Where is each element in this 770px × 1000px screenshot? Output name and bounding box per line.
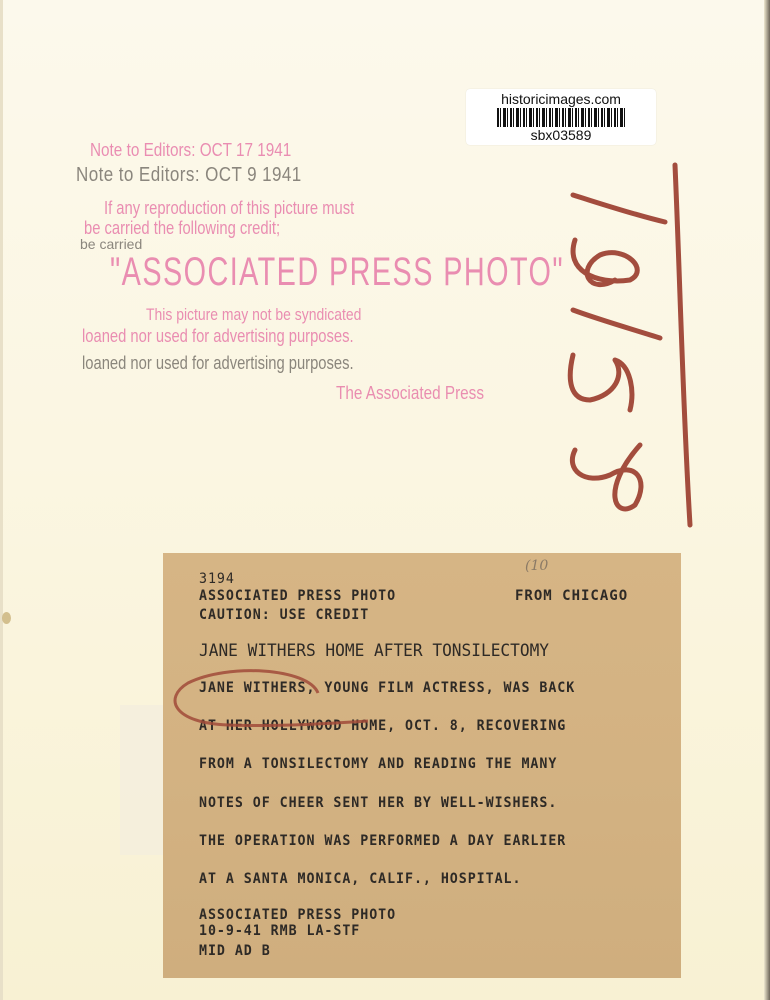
caption-body-line: THE OPERATION WAS PERFORMED A DAY EARLIE… xyxy=(199,833,566,849)
stamp-note-gray: Note to Editors: OCT 9 1941 xyxy=(76,164,302,187)
crayon-circle-mark xyxy=(168,663,378,733)
barcode-icon xyxy=(497,108,625,127)
stamp-credit-line1: If any reproduction of this picture must xyxy=(104,198,354,219)
stamp-restriction2: loaned nor used for advertising purposes… xyxy=(82,326,354,347)
stamp-restriction2-gray: loaned nor used for advertising purposes… xyxy=(82,353,354,374)
paper-edge-right xyxy=(764,0,770,1000)
caption-body-line: NOTES OF CHEER SENT HER BY WELL-WISHERS. xyxy=(199,795,557,811)
caption-footer-date: 10-9-41 RMB LA-STF xyxy=(199,923,360,939)
paste-residue xyxy=(120,705,165,855)
stamp-signature: The Associated Press xyxy=(336,383,484,404)
pencil-note: (10 xyxy=(525,558,548,574)
caption-body-line: AT A SANTA MONICA, CALIF., HOSPITAL. xyxy=(199,871,521,887)
caption-footer-edition: MID AD B xyxy=(199,943,271,959)
caption-headline: JANE WITHERS HOME AFTER TONSILECTOMY xyxy=(199,641,549,661)
caption-footer-source: ASSOCIATED PRESS PHOTO xyxy=(199,907,396,923)
crayon-number-25181 xyxy=(555,160,715,540)
stamp-restriction1: This picture may not be syndicated xyxy=(146,305,361,325)
stain-mark xyxy=(2,612,11,624)
caption-origin: FROM CHICAGO xyxy=(515,588,628,604)
caption-number: 3194 xyxy=(199,571,235,587)
label-code: sbx03589 xyxy=(466,127,656,143)
caption-caution: CAUTION: USE CREDIT xyxy=(199,607,369,623)
caption-body-line: FROM A TONSILECTOMY AND READING THE MANY xyxy=(199,756,557,772)
paper-edge-left xyxy=(0,0,3,1000)
caption-card: (10 3194 ASSOCIATED PRESS PHOTO FROM CHI… xyxy=(163,553,681,978)
stamp-agency: "ASSOCIATED PRESS PHOTO" xyxy=(110,250,564,295)
stamp-note-pink: Note to Editors: OCT 17 1941 xyxy=(90,140,291,161)
label-site: historicimages.com xyxy=(466,89,656,107)
caption-source: ASSOCIATED PRESS PHOTO xyxy=(199,588,396,604)
barcode-label: historicimages.com sbx03589 xyxy=(466,89,656,145)
